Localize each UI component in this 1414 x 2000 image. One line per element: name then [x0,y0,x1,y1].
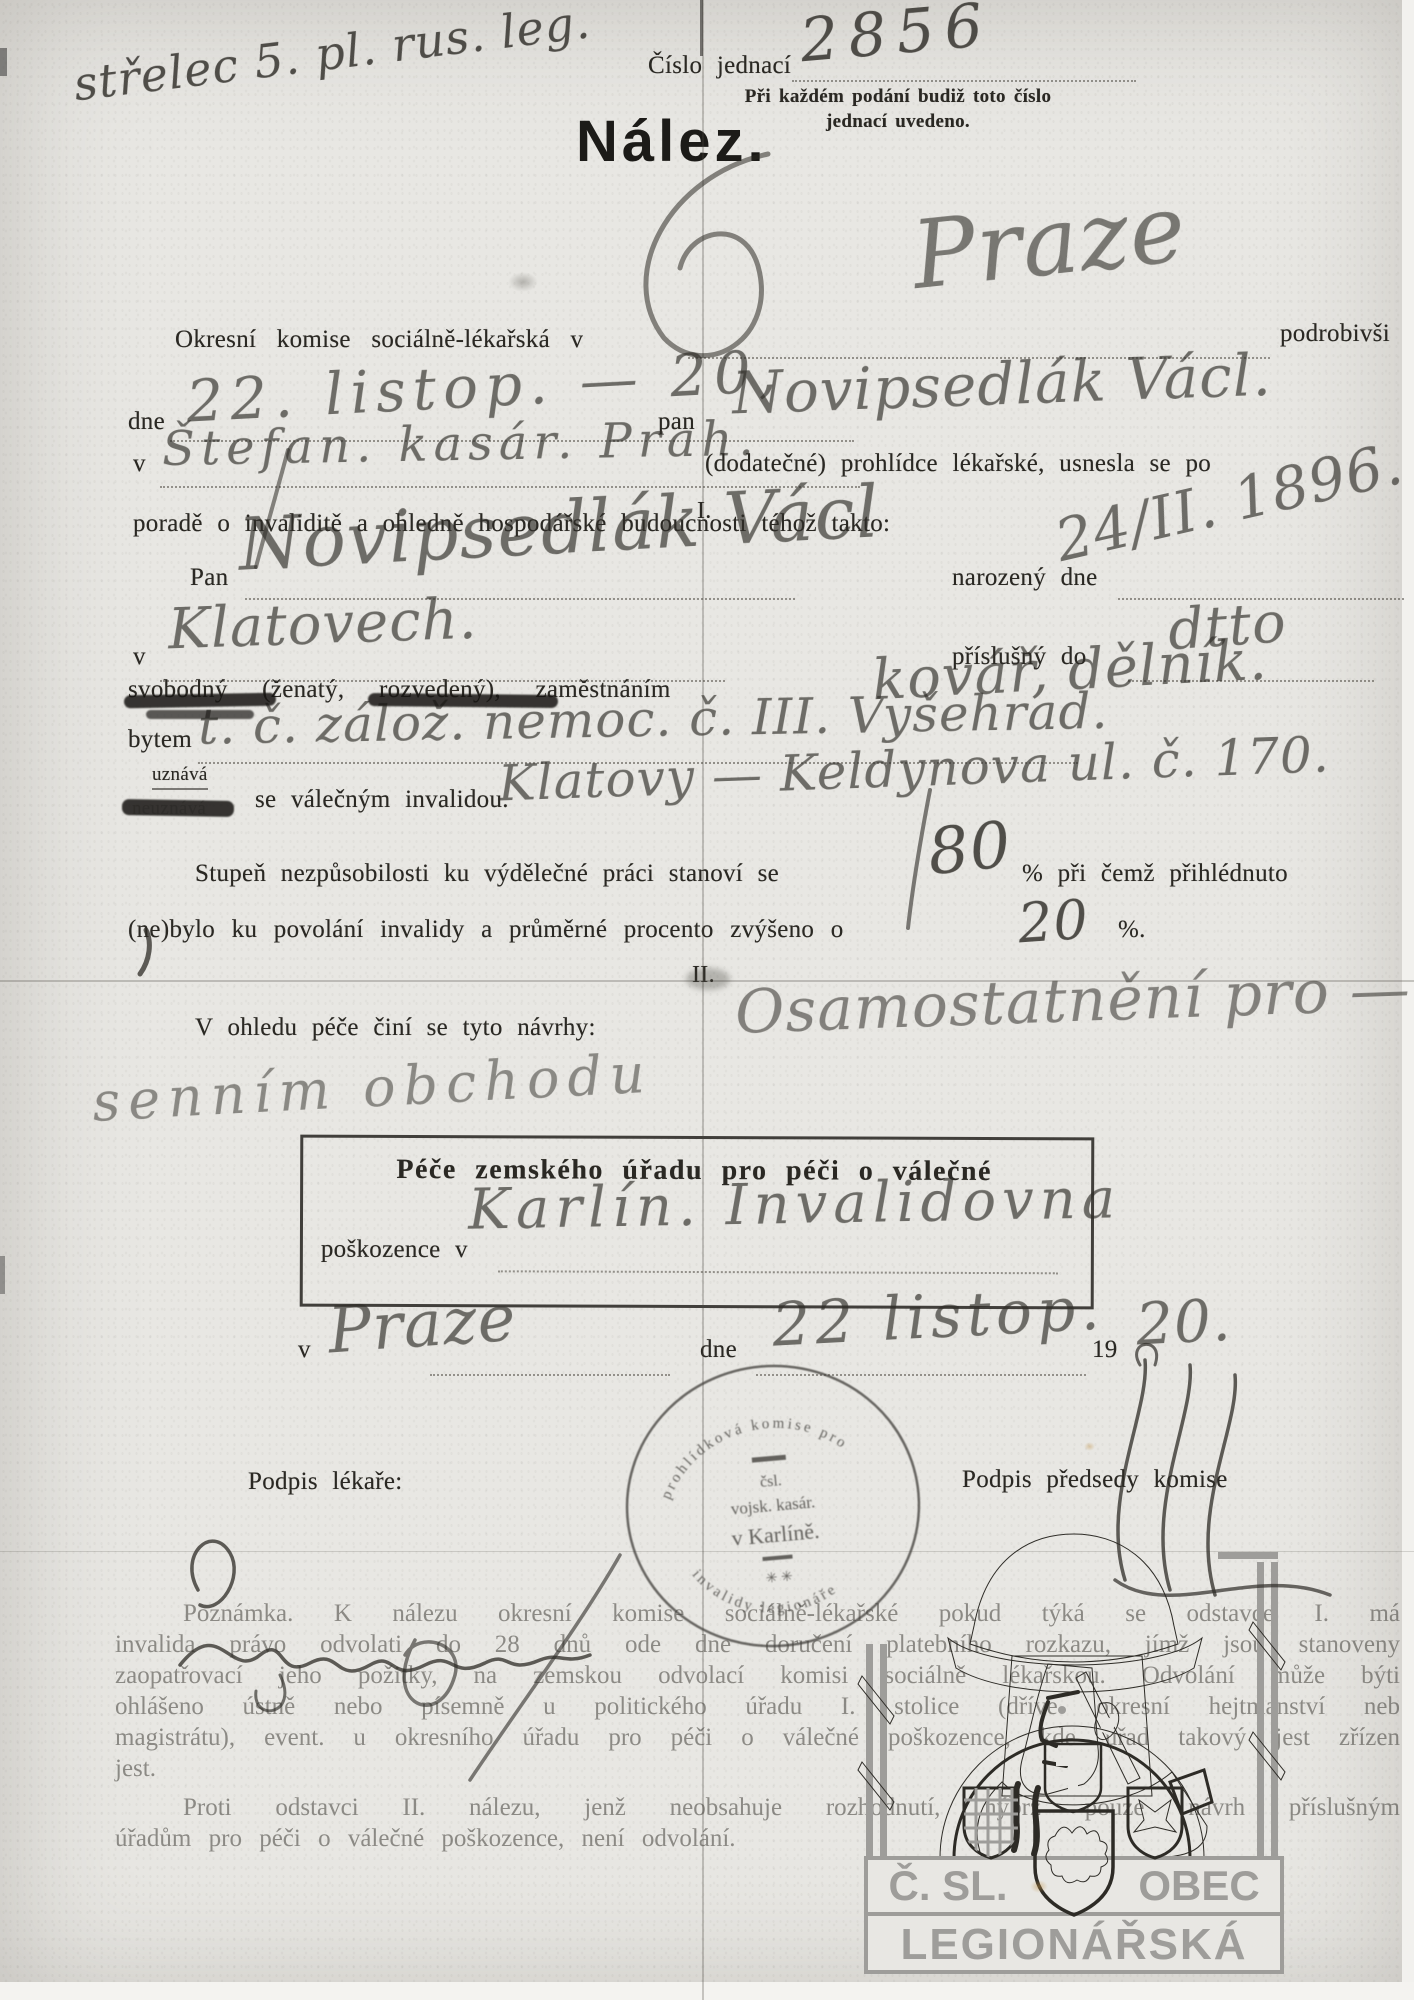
watermark-text-obec: OBEC [1138,1862,1259,1909]
ink-mark-ne [136,928,156,980]
scan-edge-bottom-strip [0,1982,1414,2000]
podrobivsi-label: podrobivši [1280,320,1390,348]
increase-suffix: %. [1118,916,1146,944]
commission-city-handwritten: Praze [907,174,1191,311]
stamp-ornament: ✳ ✳ [765,1570,793,1587]
proposals-handwritten-line1: Osamostatnění pro — [734,954,1412,1048]
stamp-center-line1: čsl. [759,1472,782,1491]
increase-value: 20 [1016,888,1091,956]
stamp-ring-bottom-text: invalidy legionáře [688,1555,842,1624]
doctor-signature-label: Podpis lékaře: [248,1468,403,1496]
disability-degree-prefix: Stupeň nezpůsobilosti ku výdělečné práci… [195,860,779,888]
scan-edge-left-mark2 [0,1256,5,1294]
paper-stain-gray [508,272,538,292]
case-number-note-line1: Při každém podání budiž toto číslo [668,86,1128,108]
increase-prefix: (ne)bylo ku povolání invalidy a průměrné… [128,916,844,944]
strikethrough-svobodny-2 [146,710,254,719]
box-value-handwritten: Karlín. Invalidovna [467,1166,1121,1242]
v-label-date: v [298,1336,311,1364]
disability-degree-suffix: % při čemž přihlédnuto [1022,860,1288,888]
paper-stain-tan1 [1030,1880,1048,1893]
vertical-fold-top-mark [700,0,703,56]
strikethrough-svobodny [124,693,276,709]
box-dotted-line [498,1270,1058,1274]
watermark-text-legionarska: LEGIONÁŘSKÁ [900,1919,1247,1969]
dne-label: dne [128,408,165,436]
descender-stroke-degree [900,782,940,937]
case-number-dotted-line [792,80,1136,82]
note-para2-line-2: úřadům pro péči o válečné poškozence, ne… [115,1825,736,1853]
handwritten-unit-note: střelec 5. pl. rus. leg. [71,0,594,111]
stamp-ring-top-text: prohlídková komise pro [652,1409,855,1503]
case-number-value: 2856 [797,0,995,76]
case-number-label: Číslo jednací [648,52,791,80]
birthplace-handwritten: Klatovech. [167,587,478,663]
note-line-6: jest. [115,1755,156,1783]
descender-stroke-line4 [248,445,298,575]
strikethrough-rozvedeny [368,693,558,708]
fold-center-blot [686,968,730,990]
pan-label-s1: Pan [190,564,228,592]
box-line2: poškozence v [321,1236,468,1265]
uznava-label: uznává [152,764,208,790]
watermark-text-csl: Č. SL. [888,1861,1007,1909]
v-label-intro: v [133,450,146,478]
scanned-document: střelec 5. pl. rus. leg. Číslo jednací 2… [0,0,1414,2000]
proposals-handwritten-line2: senním obchodu [91,1041,654,1133]
scan-edge-left-mark [0,48,7,76]
strikethrough-neuznava [122,799,234,817]
svg-text:prohlídková komise pro: prohlídková komise pro [652,1409,855,1503]
person-name-handwritten: Novipsedlák Václ. [731,341,1273,428]
proposals-label: V ohledu péče činí se tyto návrhy: [195,1014,596,1042]
bytem-label: bytem [128,726,192,754]
chairman-signature [1030,1330,1350,1640]
ink-flourish-over-note [320,1545,690,1795]
praze-flourish-stroke [598,136,808,386]
v-label-s1: v [133,643,146,671]
war-invalid-text: se válečným invalidou. [255,786,509,814]
stamp-center-line3: v Karlíně. [731,1518,821,1551]
svg-text:invalidy legionáře: invalidy legionáře [688,1555,842,1624]
place-handwritten: Praze [326,1282,519,1369]
stamp-center-line2: vojsk. kasár. [730,1492,816,1518]
